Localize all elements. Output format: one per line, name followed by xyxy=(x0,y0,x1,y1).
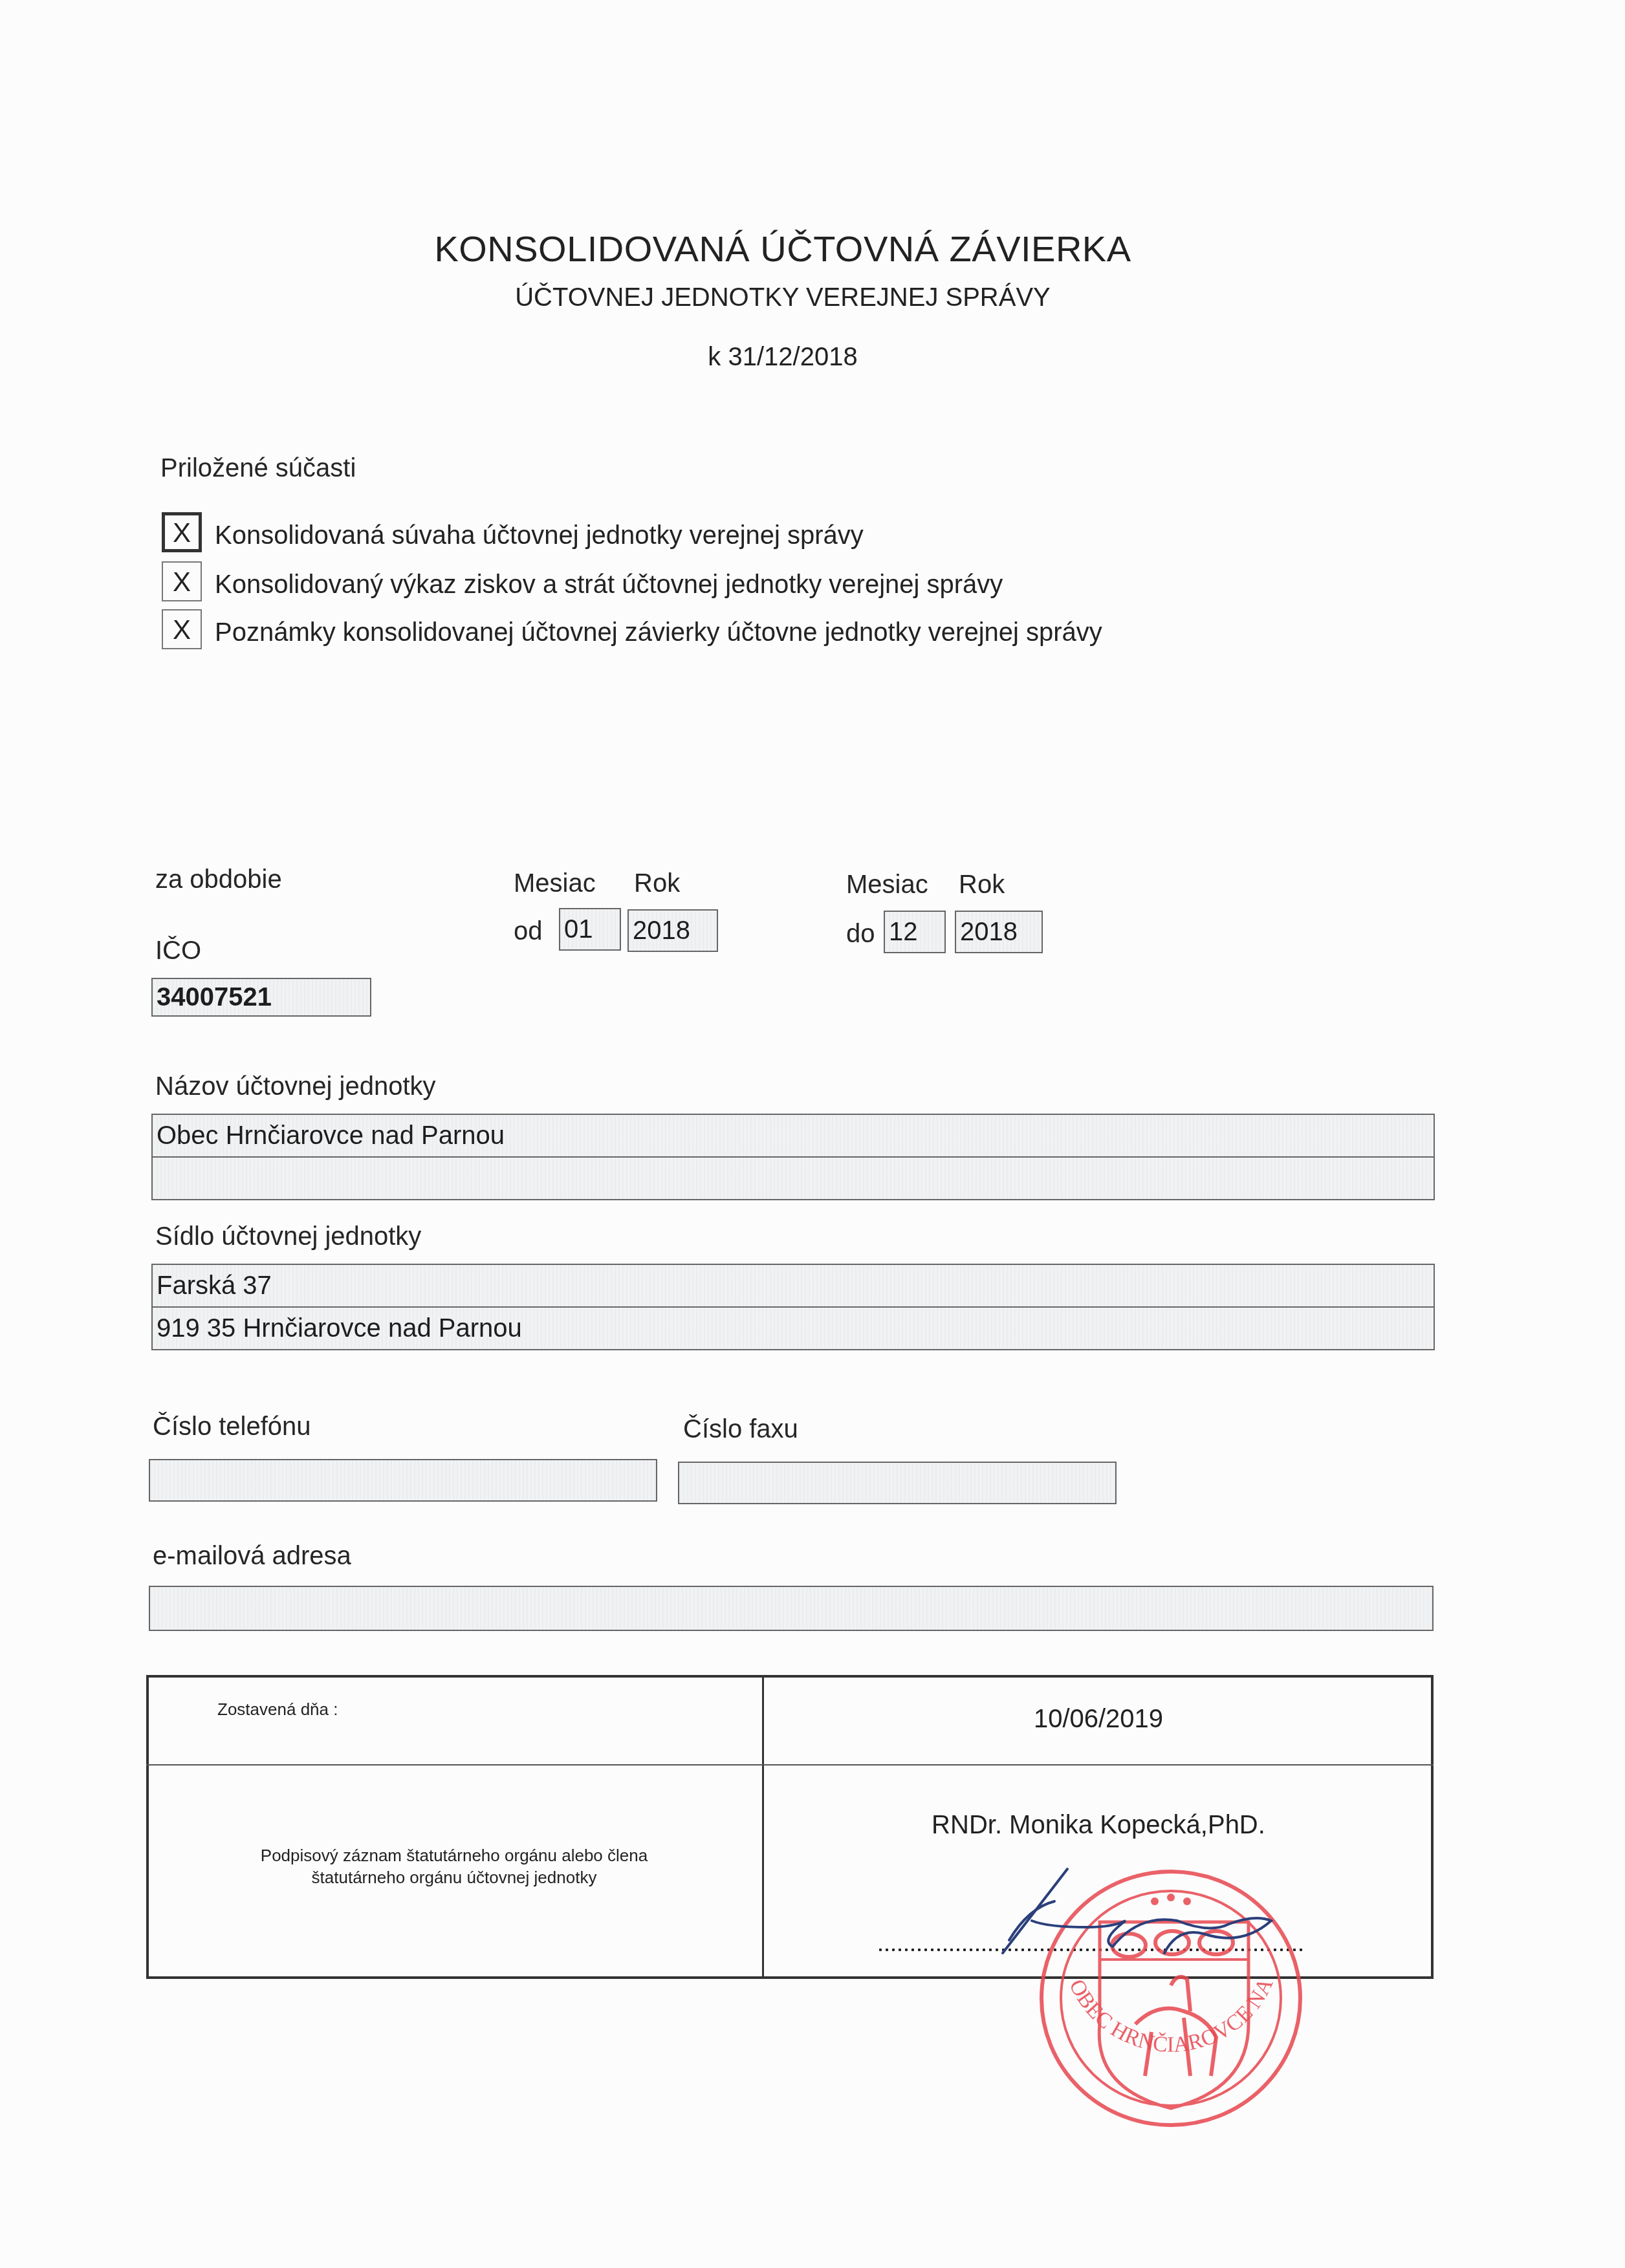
period-from-prefix: od xyxy=(514,917,543,946)
fax-label: Číslo faxu xyxy=(683,1415,798,1444)
ico-label: IČO xyxy=(155,936,201,966)
seat-field-group: Farská 37 919 35 Hrnčiarovce nad Parnou xyxy=(151,1264,1435,1350)
attachment-checkbox[interactable]: X xyxy=(162,609,202,649)
phone-label: Číslo telefónu xyxy=(153,1412,311,1442)
compiled-date-label: Zostavená dňa : xyxy=(217,1700,338,1720)
ico-field[interactable]: 34007521 xyxy=(151,978,371,1017)
entity-name-field-group: Obec Hrnčiarovce nad Parnou xyxy=(151,1114,1435,1200)
period-from-year-field[interactable]: 2018 xyxy=(627,909,718,952)
signature-block-row-divider xyxy=(146,1764,1434,1766)
period-label: za obdobie xyxy=(155,865,282,894)
document-subtitle: ÚČTOVNEJ JEDNOTKY VEREJNEJ SPRÁVY xyxy=(0,283,1565,312)
attachment-label: Konsolidovaná súvaha účtovnej jednotky v… xyxy=(215,521,864,550)
seat-label: Sídlo účtovnej jednotky xyxy=(155,1222,421,1251)
handwritten-signature-icon xyxy=(983,1863,1294,1960)
attachment-label: Konsolidovaný výkaz ziskov a strát účtov… xyxy=(215,570,1003,599)
as-of-date: k 31/12/2018 xyxy=(0,343,1565,372)
seat-line2[interactable]: 919 35 Hrnčiarovce nad Parnou xyxy=(151,1306,1435,1350)
signatory-name: RNDr. Monika Kopecká,PhD. xyxy=(763,1811,1434,1840)
email-label: e-mailová adresa xyxy=(153,1542,351,1571)
seat-line1[interactable]: Farská 37 xyxy=(151,1264,1435,1308)
signature-caption-line1: Podpisový záznam štatutárneho orgánu ale… xyxy=(146,1844,762,1866)
phone-field[interactable] xyxy=(149,1459,657,1502)
entity-name-label: Názov účtovnej jednotky xyxy=(155,1072,436,1101)
entity-name-line1[interactable]: Obec Hrnčiarovce nad Parnou xyxy=(151,1114,1435,1158)
fax-field[interactable] xyxy=(678,1462,1117,1504)
attachment-label: Poznámky konsolidovanej účtovnej závierk… xyxy=(215,618,1102,647)
period-to-year-field[interactable]: 2018 xyxy=(955,911,1043,953)
attachment-checkbox[interactable]: X xyxy=(162,561,202,601)
period-from-month-label: Mesiac xyxy=(514,869,596,898)
attachments-heading: Priložené súčasti xyxy=(160,454,356,483)
attachment-checkbox[interactable]: X xyxy=(162,512,202,552)
signature-caption-line2: štatutárneho orgánu účtovnej jednotky xyxy=(146,1866,762,1888)
signature-caption: Podpisový záznam štatutárneho orgánu ale… xyxy=(146,1844,762,1888)
document-title: KONSOLIDOVANÁ ÚČTOVNÁ ZÁVIERKA xyxy=(0,228,1565,270)
email-field[interactable] xyxy=(149,1586,1434,1631)
period-to-prefix: do xyxy=(846,920,875,949)
period-to-year-label: Rok xyxy=(959,870,1005,900)
compiled-date-value: 10/06/2019 xyxy=(763,1705,1434,1734)
period-to-month-label: Mesiac xyxy=(846,870,928,900)
period-to-month-field[interactable]: 12 xyxy=(884,911,946,953)
entity-name-line2[interactable] xyxy=(151,1156,1435,1200)
period-from-month-field[interactable]: 01 xyxy=(559,908,621,951)
period-from-year-label: Rok xyxy=(634,869,680,898)
